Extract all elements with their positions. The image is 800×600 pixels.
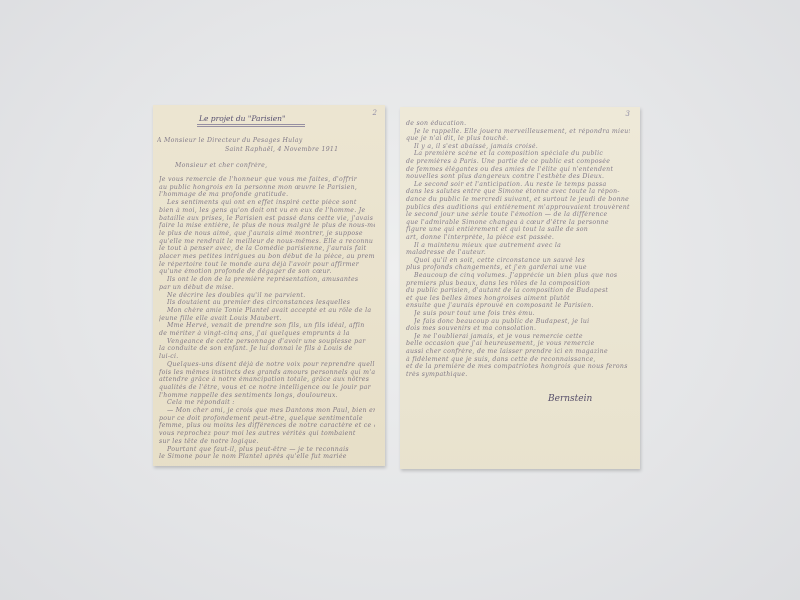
title-underline [197,124,305,125]
place-date: Saint Raphaël, 4 Novembre 1911 [225,145,375,154]
title-underline [197,126,305,127]
signature: Bernstein [548,394,592,404]
handwritten-line: le Simone pour le nom Plantel après qu'e… [159,452,375,461]
page-title: Le projet du "Parisien" [199,114,285,123]
handwritten-line: très sympathique. [406,370,630,379]
page-number: 2 [373,109,377,117]
page-number: 3 [626,110,630,118]
salutation: Monsieur et cher confrère, [175,161,375,170]
address-line: A Monsieur le Directeur du Pesages Hulay [157,136,375,145]
manuscript-page-right: 3 de son éducation.Je le rappelle. Elle … [400,107,640,469]
manuscript-page-left: 2 Le projet du "Parisien" A Monsieur le … [153,105,385,466]
